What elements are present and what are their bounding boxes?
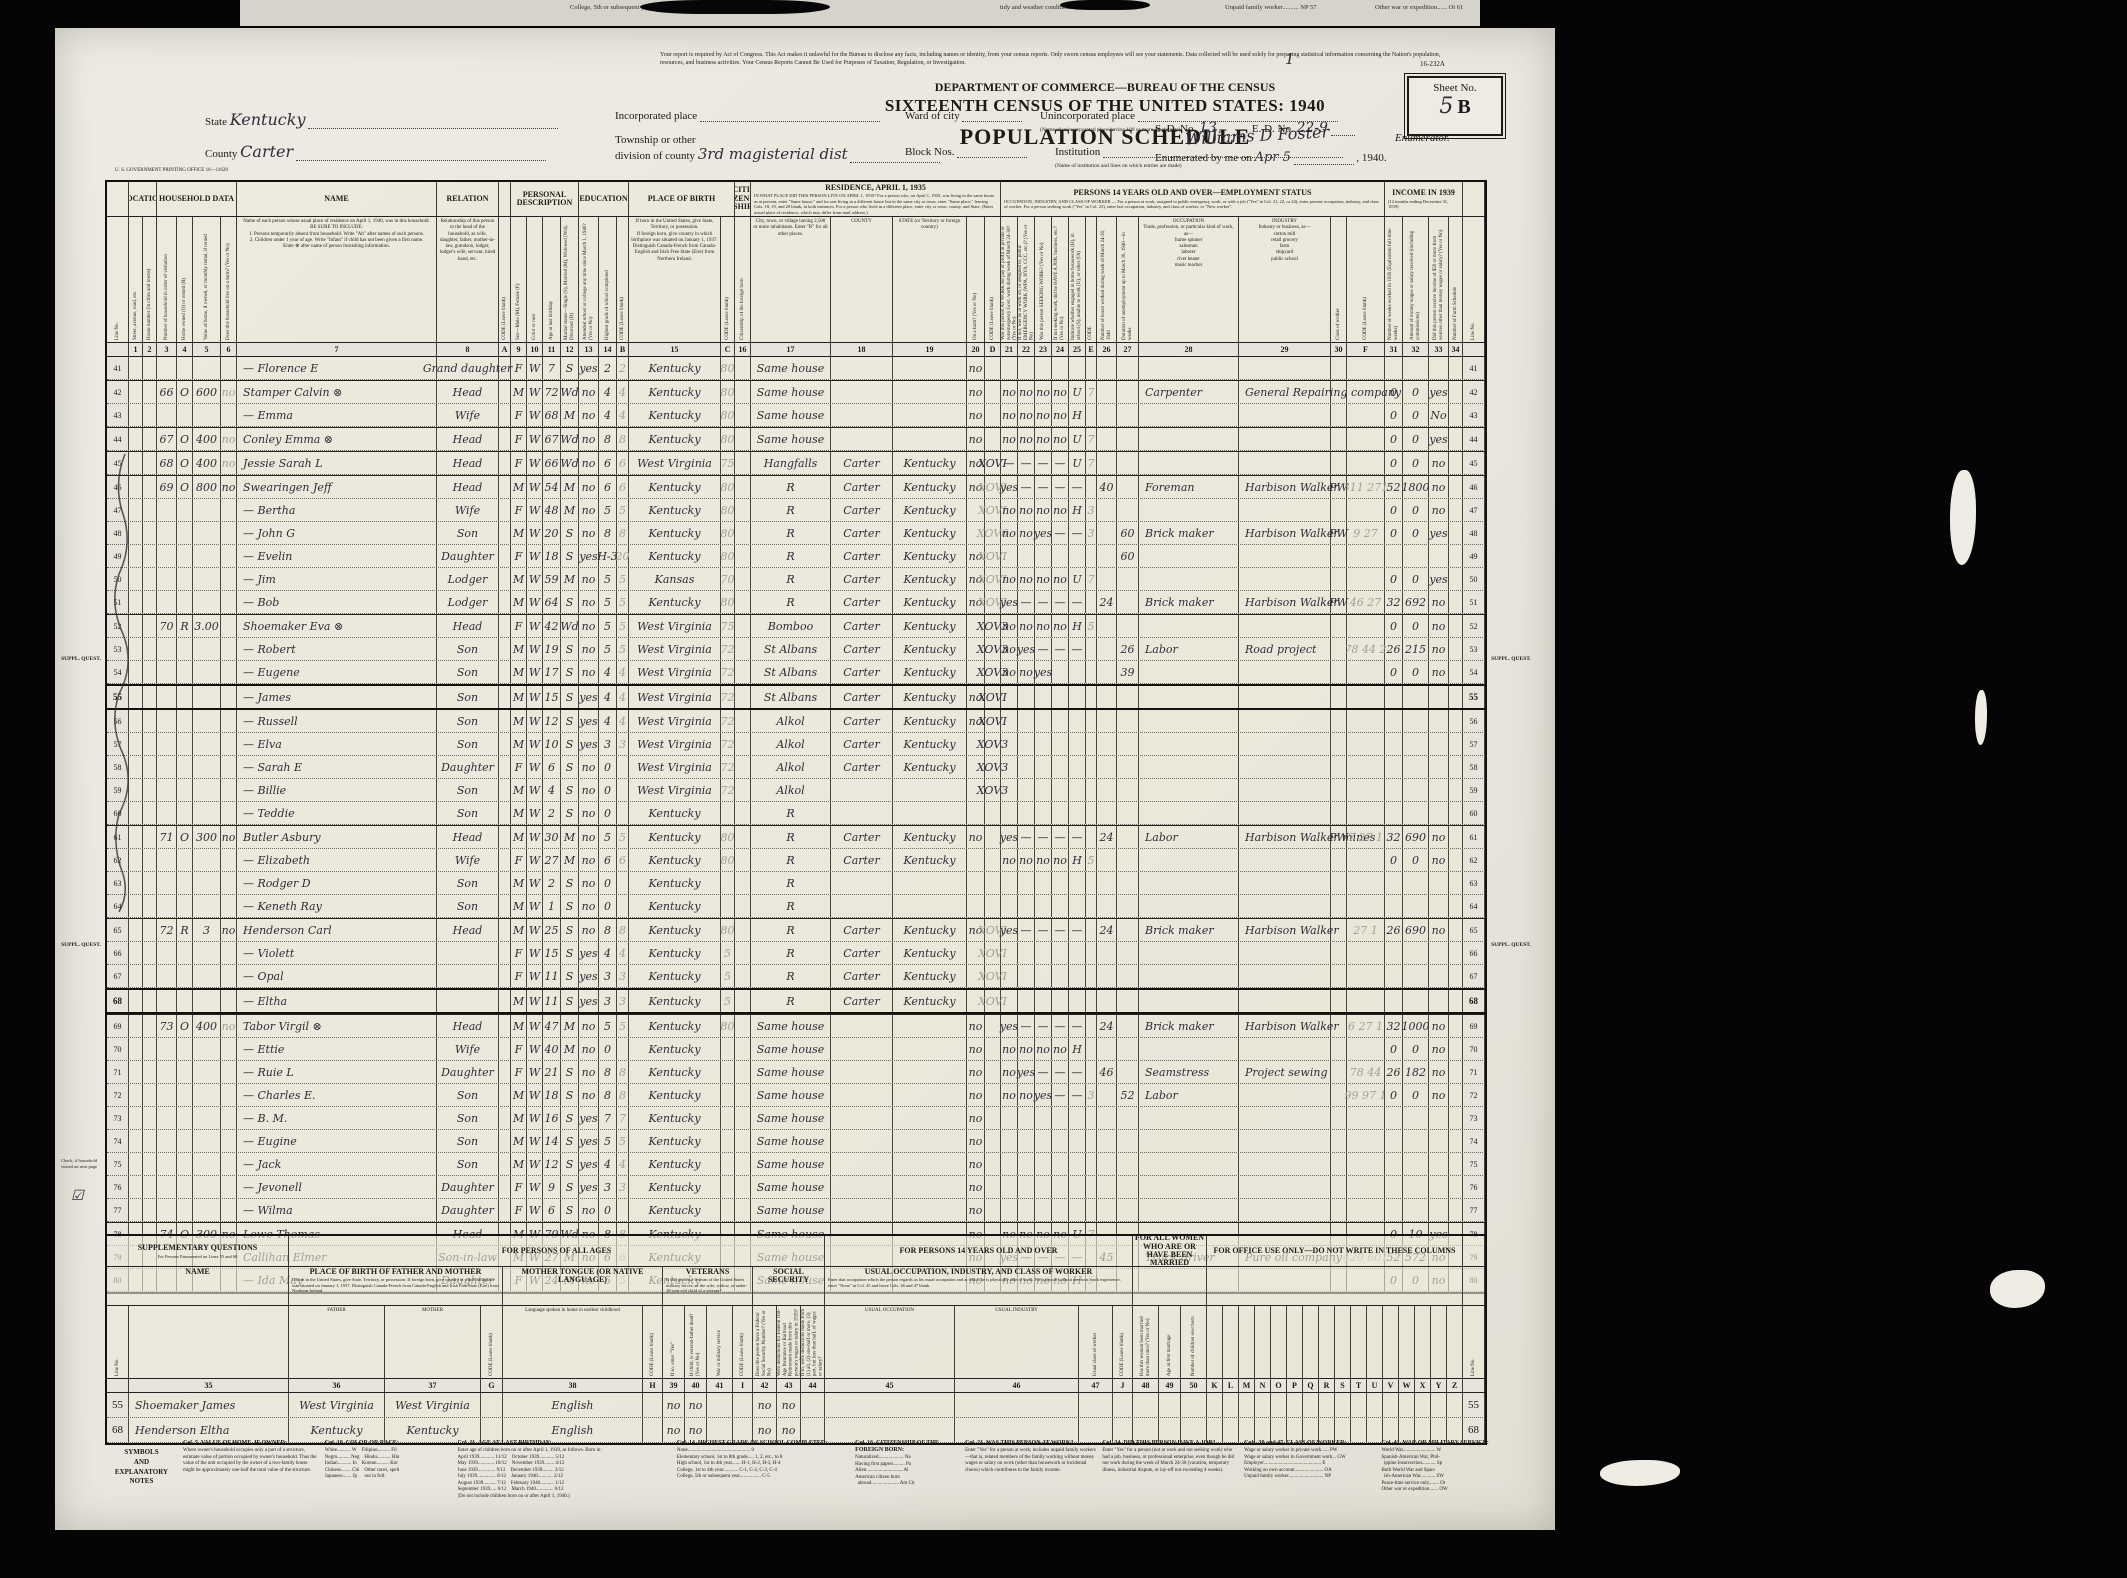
cell-F: 78 44 [1347,1061,1385,1083]
cell-B: 20 [617,545,629,567]
cell-31 [1385,872,1403,894]
cell-11: 2 [543,872,561,894]
group-header-veterans: VETERANSIs this person a veteran of the … [663,1267,753,1305]
cell-34 [1449,1153,1463,1175]
col-desc-14: Highest grade of school completed [599,217,617,342]
cell-E: 3 [1086,1084,1097,1106]
cell-25: — [1069,476,1086,498]
cell-3 [157,710,177,732]
cell-5 [193,1153,221,1175]
cell-16 [735,919,751,941]
cell-14: 3 [599,965,617,987]
cell-33: yes [1429,568,1449,590]
cell-27 [1117,1107,1139,1129]
col-desc-32: Amount of money wages or salary received… [1403,217,1429,342]
cell-D [985,895,1001,917]
cell-24: — [1052,591,1069,613]
cell-7: — Robert [237,638,437,660]
cell-A [499,1015,511,1037]
col-desc-2: House number (in cities and towns) [143,217,157,342]
cell-E [1086,1153,1097,1175]
cell-4 [177,686,193,708]
cell-4 [177,1199,193,1221]
group-header-name: NAME [237,182,437,216]
cell-16 [735,545,751,567]
cell-16 [735,1107,751,1129]
cell-lnr: 48 [1463,522,1485,544]
cell-6 [221,1107,237,1129]
group-header [1133,1267,1207,1305]
cell-30 [1331,710,1347,732]
cell-23 [1035,779,1052,801]
cell-11: 42 [543,615,561,637]
cell-4 [177,1038,193,1060]
cell-38: English [503,1418,643,1442]
col-number-26: 26 [1097,343,1117,356]
legend-block: SYMBOLS AND EXPLANATORY NOTES [105,1440,178,1500]
cell-lnr: 59 [1463,779,1485,801]
cell-6 [221,849,237,871]
cell-17: Same house [751,1176,831,1198]
col-number-10: 10 [527,343,543,356]
cell-17: Same house [751,404,831,426]
cell-D: XOVI [985,990,1001,1012]
cell-3 [157,1084,177,1106]
cell-27 [1117,802,1139,824]
cell-15: Kentucky [629,404,721,426]
col-desc-35 [129,1306,289,1378]
cell-10: W [527,965,543,987]
col-desc-G: CODE (Leave blank) [481,1306,503,1378]
cell-D [985,802,1001,824]
col-desc-J: CODE (Leave blank) [1113,1306,1133,1378]
col-number-Q: Q [1303,1379,1319,1392]
cell-21 [1001,965,1018,987]
cell-A [499,452,511,474]
cell-3 [157,638,177,660]
legend-block: Col. 11. AGE AT LAST BIRTHDAY:Enter age … [458,1440,672,1500]
cell-28 [1139,615,1239,637]
cell-24: — [1052,1015,1069,1037]
cell-22 [1018,357,1035,379]
cell-10: W [527,545,543,567]
cell-21 [1001,942,1018,964]
cell-1 [129,1084,143,1106]
cell-A [499,522,511,544]
cell-lnr: 65 [1463,919,1485,941]
cell-22: no [1018,615,1035,637]
cell-7: — Teddie [237,802,437,824]
cell-15: Kentucky [629,826,721,848]
cell-18 [831,381,893,403]
cell-lnr: 55 [1463,686,1485,708]
cell-10: W [527,428,543,450]
col-desc-K [1207,1306,1223,1378]
cell-25: — [1069,591,1086,613]
col-desc-21: Was this person AT WORK for pay or profi… [1001,217,1018,342]
col-number-6: 6 [221,343,237,356]
cell-19: Kentucky [893,919,967,941]
block-field: Block Nos. [905,146,1027,158]
col-desc-lnr: Line No. [1463,217,1485,342]
cell-2 [143,942,157,964]
cell-F [1347,849,1385,871]
col-number-5: 5 [193,343,221,356]
cell-11: 9 [543,1176,561,1198]
cell-47 [1079,1418,1113,1442]
cell-C [721,1084,735,1106]
cell-33: yes [1429,522,1449,544]
cell-34 [1449,1038,1463,1060]
cell-10: W [527,1061,543,1083]
cell-26 [1097,638,1117,660]
cell-B: 8 [617,1084,629,1106]
cell-F [1347,895,1385,917]
cell-34 [1449,545,1463,567]
cell-lnr: 60 [1463,802,1485,824]
cell-18: Carter [831,661,893,683]
cell-29 [1239,1176,1331,1198]
cell-F [1347,686,1385,708]
cell-23: no [1035,428,1052,450]
cell-8: Son [437,1107,499,1129]
col-number-19: 19 [893,343,967,356]
cell-28 [1139,1199,1239,1221]
cell-16 [735,568,751,590]
cell-Y [1431,1418,1447,1442]
cell-31 [1385,756,1403,778]
cell-3 [157,942,177,964]
cell-19: Kentucky [893,476,967,498]
cell-22: — [1018,452,1035,474]
cell-26 [1097,990,1117,1012]
cell-11: 11 [543,990,561,1012]
cell-lnr: 58 [1463,756,1485,778]
cell-29 [1239,710,1331,732]
cell-31: 0 [1385,1038,1403,1060]
cell-4 [177,756,193,778]
cell-25 [1069,661,1086,683]
cell-16 [735,756,751,778]
cell-E [1086,1061,1097,1083]
cell-21: no [1001,661,1018,683]
cell-12: Wd [561,615,579,637]
cell-27 [1117,1038,1139,1060]
cell-5 [193,1061,221,1083]
cell-C [721,1107,735,1129]
cell-lnr: 70 [1463,1038,1485,1060]
cell-11: 12 [543,1153,561,1175]
cell-18: Carter [831,849,893,871]
cell-B: 6 [617,476,629,498]
cell-12: S [561,965,579,987]
cell-24: no [1052,381,1069,403]
col-desc-38: Language spoken in home in earliest chil… [503,1306,643,1378]
cell-20: no [967,381,985,403]
cell-Y [1431,1393,1447,1417]
cell-11: 11 [543,965,561,987]
sheet-number-box: Sheet No. 5 B [1407,76,1503,136]
cell-9: F [511,849,527,871]
cell-9: M [511,381,527,403]
cell-30 [1331,965,1347,987]
cell-30 [1331,357,1347,379]
cell-lnr: 69 [1463,1015,1485,1037]
cell-5 [193,710,221,732]
cell-4: O [177,452,193,474]
cell-18: Carter [831,452,893,474]
col-number-32: 32 [1403,343,1429,356]
cell-10: W [527,779,543,801]
cell-3 [157,965,177,987]
cell-33 [1429,990,1449,1012]
cell-15: Kentucky [629,1199,721,1221]
cell-14: 2 [599,357,617,379]
cell-lnr: 64 [1463,895,1485,917]
cell-E [1086,591,1097,613]
cell-14: 4 [599,661,617,683]
col-number-C: C [721,343,735,356]
cell-16 [735,779,751,801]
cell-24: — [1052,522,1069,544]
cell-7: — Eugine [237,1130,437,1152]
cell-11: 18 [543,545,561,567]
cell-30 [1331,452,1347,474]
cell-4 [177,733,193,755]
cell-9: M [511,733,527,755]
cell-32: 215 [1403,638,1429,660]
cell-19: Kentucky [893,615,967,637]
col-desc-ln: Line No. [107,1306,129,1378]
cell-12: S [561,1199,579,1221]
cell-17: Same house [751,357,831,379]
cell-8: Wife [437,404,499,426]
col-number-F: F [1347,343,1385,356]
cell-7: — Jim [237,568,437,590]
cell-27 [1117,756,1139,778]
cell-7: — Eugene [237,661,437,683]
cell-F [1347,1107,1385,1129]
cell-34 [1449,895,1463,917]
cell-18 [831,895,893,917]
main-table: LOCATIONHOUSEHOLD DATANAMERELATIONPERSON… [105,180,1487,1294]
cell-31: 0 [1385,499,1403,521]
col-desc-11: Age at last birthday [543,217,561,342]
cell-12: S [561,1176,579,1198]
col-number-D: D [985,343,1001,356]
record-row-line-63: 63— Rodger DSonMW2Sno0KentuckyR63 [107,872,1485,895]
cell-R [1319,1393,1335,1417]
check-mark: ☑ [71,1188,84,1204]
cell-11: 72 [543,381,561,403]
cell-A [499,661,511,683]
cell-8 [437,942,499,964]
sheet-number: 5 [1439,94,1453,119]
cell-18 [831,802,893,824]
cell-2 [143,1015,157,1037]
cell-32 [1403,965,1429,987]
cell-19 [893,1061,967,1083]
cell-12: Wd [561,381,579,403]
cell-21 [1001,545,1018,567]
cell-B: 2 [617,357,629,379]
cell-10: W [527,733,543,755]
col-number-M: M [1239,1379,1255,1392]
cell-21: no [1001,381,1018,403]
cell-33 [1429,710,1449,732]
suppl-quest-left-55: SUPPL. QUEST. [61,656,101,663]
cell-F [1347,710,1385,732]
cell-I [733,1393,753,1417]
cell-31: 26 [1385,919,1403,941]
cell-1 [129,428,143,450]
cell-4 [177,1130,193,1152]
cell-8: Son [437,779,499,801]
cell-17: Same house [751,1107,831,1129]
cell-29: Harbison Walker [1239,476,1331,498]
record-row-line-54: 54— EugeneSonMW17Sno44West Virginia72St … [107,661,1485,684]
cell-2 [143,1084,157,1106]
cell-13: no [579,452,599,474]
cell-lnr: 47 [1463,499,1485,521]
cell-9: F [511,545,527,567]
cell-29: Harbison Walker [1239,919,1331,941]
cell-33: no [1429,499,1449,521]
cell-C [721,802,735,824]
cell-15: Kentucky [629,965,721,987]
cell-26: 46 [1097,1061,1117,1083]
cell-4 [177,779,193,801]
cell-24 [1052,965,1069,987]
col-desc-43: Were deductions for Federal Old-Age Insu… [777,1306,801,1378]
cell-3 [157,733,177,755]
cell-23: no [1035,1038,1052,1060]
group-header-name: NAME [107,1267,289,1305]
cell-R [1319,1418,1335,1442]
cell-2 [143,872,157,894]
cell-31: 32 [1385,1015,1403,1037]
cell-15: Kentucky [629,381,721,403]
cell-A [499,615,511,637]
cell-C: 80 [721,826,735,848]
col-desc-7: Name of each person whose usual place of… [237,217,437,342]
cell-34 [1449,1130,1463,1152]
cell-30 [1331,1153,1347,1175]
cell-B: 6 [617,849,629,871]
cell-D [985,872,1001,894]
cell-22: no [1018,428,1035,450]
cell-ln: 73 [107,1107,129,1129]
cell-D [985,1130,1001,1152]
cell-20 [967,849,985,871]
census-form-paper: Your report is required by Act of Congre… [55,28,1555,1530]
cell-10: W [527,638,543,660]
col-desc-D: CODE (Leave blank) [985,217,1001,342]
cell-15: Kentucky [629,849,721,871]
record-row-line-68: 68— ElthaMW11Syes33Kentucky5RCarterKentu… [107,988,1485,1014]
cell-28 [1139,733,1239,755]
group-header-relation: RELATION [437,182,499,216]
cell-32 [1403,1199,1429,1221]
cell-ln: 74 [107,1130,129,1152]
cell-F [1347,802,1385,824]
cell-27 [1117,1015,1139,1037]
cell-lnr: 74 [1463,1130,1485,1152]
cell-18 [831,1130,893,1152]
cell-23: — [1035,1061,1052,1083]
cell-15: West Virginia [629,733,721,755]
cell-3 [157,661,177,683]
cell-21 [1001,686,1018,708]
cell-25 [1069,1107,1086,1129]
col-desc-P [1287,1306,1303,1378]
cell-23 [1035,357,1052,379]
cell-26 [1097,661,1117,683]
cell-32: 1800 [1403,476,1429,498]
cell-25: H [1069,849,1086,871]
county-label: County [205,148,237,160]
cell-A [499,710,511,732]
cell-32: 0 [1403,615,1429,637]
cell-26: 24 [1097,919,1117,941]
cell-27 [1117,1153,1139,1175]
cell-5 [193,591,221,613]
cell-E [1086,1176,1097,1198]
cell-F [1347,499,1385,521]
cell-15: West Virginia [629,638,721,660]
cell-8: Son [437,638,499,660]
record-row-line-72: 72— Charles E.SonMW18Sno88KentuckySame h… [107,1084,1485,1107]
cell-30 [1331,545,1347,567]
cell-13: no [579,1038,599,1060]
cell-24 [1052,1153,1069,1175]
cell-30 [1331,686,1347,708]
cell-B: 7 [617,1107,629,1129]
cell-3 [157,357,177,379]
cell-10: W [527,1038,543,1060]
cell-18: Carter [831,568,893,590]
cell-A [499,499,511,521]
cell-1 [129,1038,143,1060]
cell-9: M [511,710,527,732]
col-desc-V [1383,1306,1399,1378]
cell-3 [157,849,177,871]
cell-24 [1052,545,1069,567]
cell-F [1347,545,1385,567]
cell-E: 7 [1086,381,1097,403]
col-number-L: L [1223,1379,1239,1392]
cell-26: 24 [1097,1015,1117,1037]
cell-32: 0 [1403,522,1429,544]
cell-6 [221,522,237,544]
cell-26 [1097,522,1117,544]
cell-B: 3 [617,1176,629,1198]
cell-21: no [1001,404,1018,426]
cell-12: S [561,545,579,567]
col-number-7: 7 [237,343,437,356]
group-header-location: LOCATION [129,182,157,216]
cell-E [1086,686,1097,708]
cell-28: Brick maker [1139,591,1239,613]
cell-33: no [1429,826,1449,848]
col-number-30: 30 [1331,343,1347,356]
cell-B [617,1199,629,1221]
cell-44 [801,1393,825,1417]
cell-2 [143,756,157,778]
cell-31 [1385,895,1403,917]
cell-31 [1385,942,1403,964]
cell-31: 0 [1385,615,1403,637]
